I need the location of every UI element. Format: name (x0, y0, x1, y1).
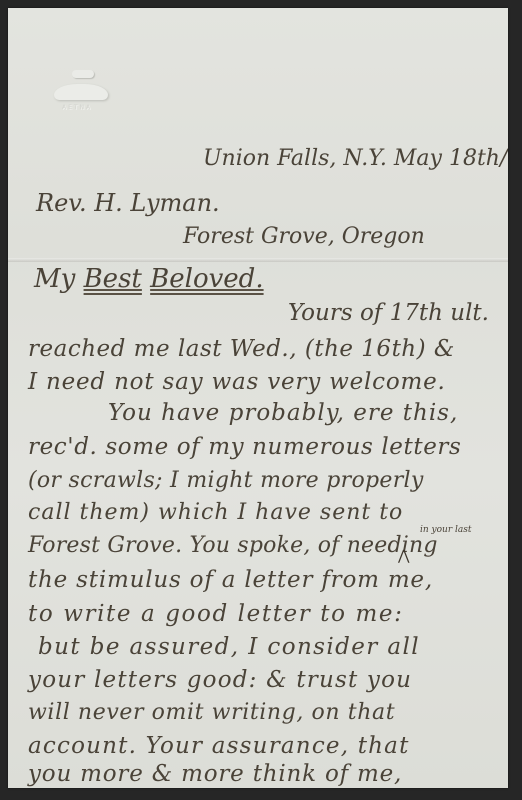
salutation-word: My (34, 264, 75, 294)
salutation: My Best Beloved. (34, 266, 264, 292)
body-line: but be assured, I consider all (38, 636, 420, 659)
recipient-location: Forest Grove, Oregon (183, 226, 425, 248)
scanned-document: AETNA Union Falls, N.Y. May 18th/83. Rev… (0, 0, 522, 800)
body-line: reached me last Wed., (the 16th) & (28, 338, 455, 361)
recipient-name: Rev. H. Lyman. (36, 191, 220, 215)
salutation-word-underlined: Beloved. (150, 264, 263, 294)
body-line: Forest Grove. You spoke, of needing (28, 535, 438, 557)
emboss-mountain-icon (54, 84, 108, 100)
body-line: I need not say was very welcome. (28, 371, 446, 394)
letter-page: AETNA Union Falls, N.Y. May 18th/83. Rev… (8, 8, 508, 788)
body-line: will never omit writing, on that (28, 702, 395, 724)
body-line: rec'd. some of my numerous letters (28, 436, 461, 459)
body-line: Yours of 17th ult. (288, 302, 489, 325)
dateline: Union Falls, N.Y. May 18th/83. (203, 148, 508, 170)
emboss-cloud-icon (72, 70, 94, 78)
emboss-label: AETNA (62, 104, 92, 111)
body-line: to write a good letter to me: (28, 603, 403, 626)
embossed-stamp: AETNA (48, 66, 112, 116)
body-line: you more & more think of me, (28, 763, 402, 786)
body-line: You have probably, ere this, (108, 402, 458, 425)
salutation-word-underlined: Best (84, 264, 142, 294)
body-line: (or scrawls; I might more properly (28, 470, 424, 492)
insertion-caret-icon: ⋀ (398, 548, 409, 564)
body-line: your letters good: & trust you (28, 669, 412, 692)
body-line: call them) which I have sent to (28, 502, 403, 524)
body-line: the stimulus of a letter from me, (28, 569, 433, 592)
paper-fold-line (8, 258, 508, 262)
body-line: account. Your assurance, that (28, 735, 410, 758)
